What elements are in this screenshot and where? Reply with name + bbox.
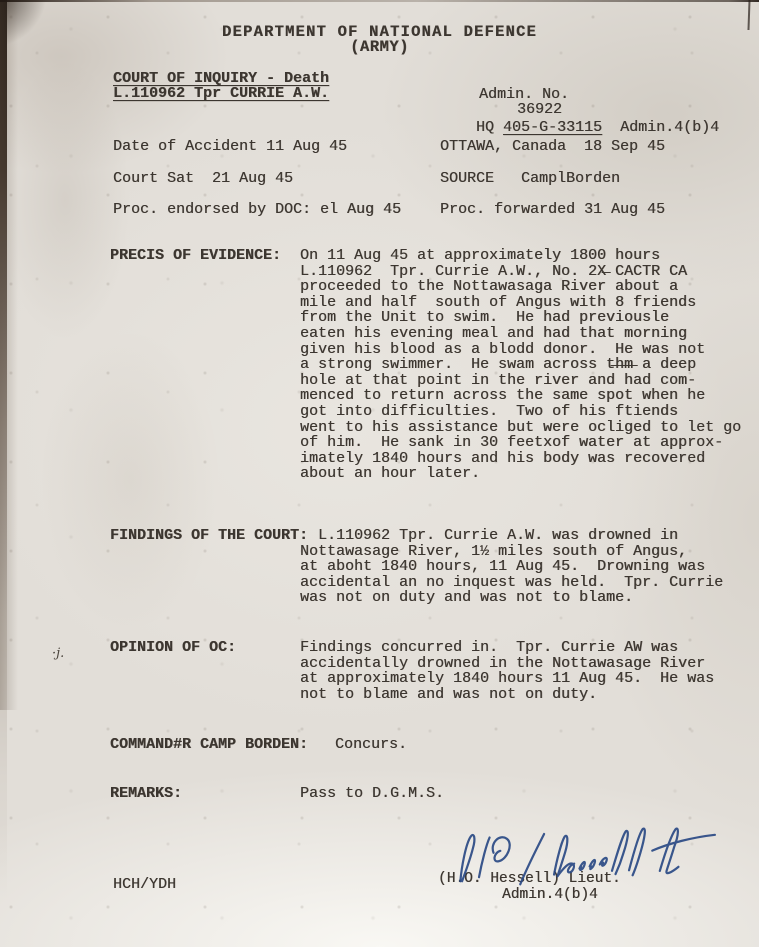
- ottawa-date: OTTAWA, Canada 18 Sep 45: [440, 139, 665, 155]
- opinion-label: OPINION OF OC:: [110, 640, 236, 656]
- typist-initials: HCH/YDH: [113, 877, 176, 893]
- remarks-value: Pass to D.G.M.S.: [300, 786, 444, 802]
- opinion-paragraph: Findings concurred in. Tpr. Currie AW wa…: [300, 640, 714, 702]
- court-sat-date: Court Sat 21 Aug 45: [113, 171, 293, 187]
- pencil-margin-note: ·j.: [52, 646, 64, 661]
- admin-number-label: Admin. No.: [479, 86, 569, 103]
- hq-ref-prefix: HQ: [476, 119, 503, 136]
- paper-stain: [40, 330, 220, 630]
- proc-endorsed: Proc. endorsed by DOC: el Aug 45: [113, 202, 401, 218]
- proc-forwarded: Proc. forwarded 31 Aug 45: [440, 202, 665, 218]
- commander-label: COMMAND#R CAMP BORDEN:: [110, 737, 308, 753]
- scan-edge-left: [0, 0, 7, 947]
- source-row: SOURCE CamplBorden: [440, 171, 620, 187]
- precis-paragraph: On 11 Aug 45 at approximately 1800 hours…: [300, 248, 741, 482]
- date-of-accident: Date of Accident 11 Aug 45: [113, 139, 347, 155]
- paper-stain: [0, 60, 130, 340]
- subject-service-line: L.110962 Tpr CURRIE A.W.: [113, 86, 329, 102]
- scanned-document-page: DEPARTMENT OF NATIONAL DEFENCE (ARMY) CO…: [0, 0, 759, 947]
- findings-paragraph: L.110962 Tpr. Currie A.W. was drowned in…: [300, 528, 723, 606]
- scan-edge-left-shadow: [0, 0, 18, 710]
- findings-label: FINDINGS OF THE COURT:: [110, 528, 308, 544]
- hq-ref-number: 405-G-33115: [503, 119, 602, 136]
- precis-label: PRECIS OF EVIDENCE:: [110, 248, 281, 264]
- remarks-label: REMARKS:: [110, 786, 182, 802]
- hq-ref-suffix: Admin.4(b)4: [602, 119, 719, 136]
- signature-scribble: [423, 818, 747, 893]
- army-subtitle: (ARMY): [0, 40, 759, 56]
- commander-value: Concurs.: [335, 737, 407, 753]
- scan-edge-top: [0, 0, 759, 2]
- signature-ink: [423, 818, 747, 893]
